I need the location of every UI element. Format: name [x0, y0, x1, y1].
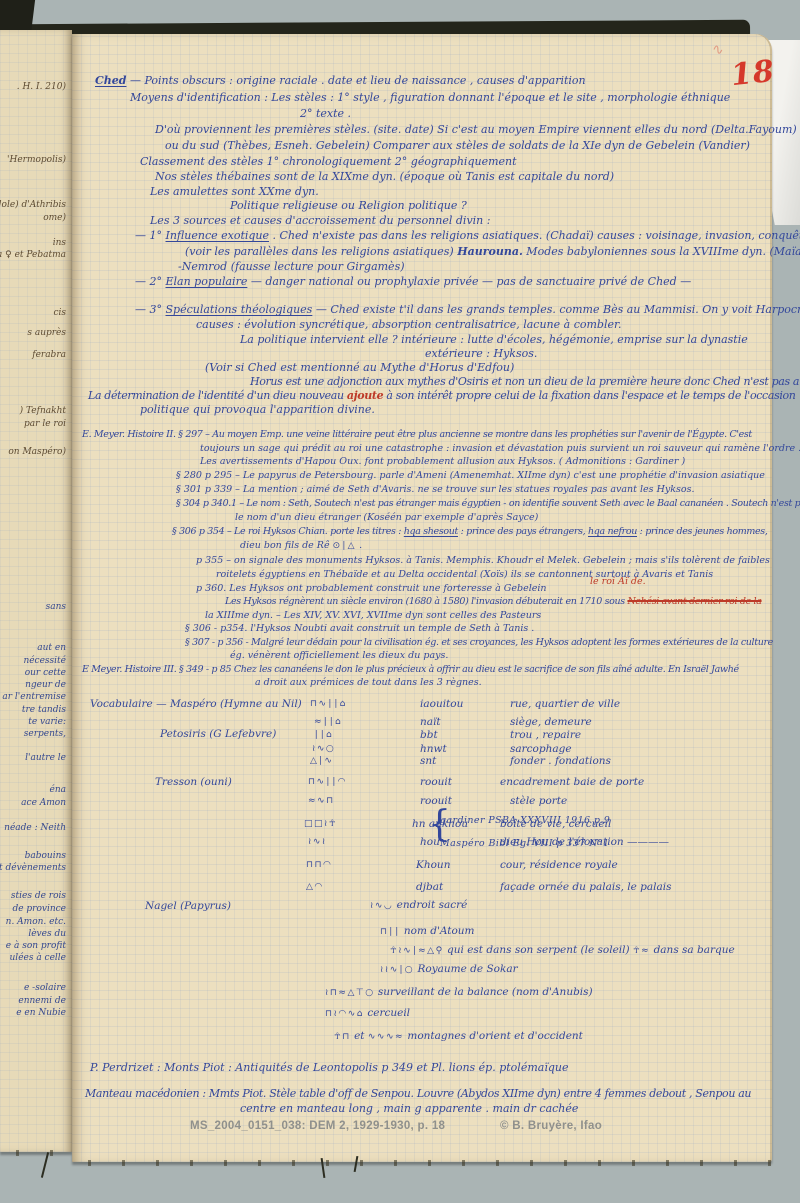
manuscript-line: § 304 p 340.1 – Le nom : Seth, Soutech n… [176, 498, 800, 509]
margin-note: aut en [37, 643, 66, 653]
manuscript-line: La détermination de l'identité d'un dieu… [88, 389, 796, 402]
manuscript-line: D'où proviennent les premières stèles. (… [155, 123, 797, 136]
margin-note: babouins [25, 851, 66, 861]
manuscript-line: rue, quartier de ville [510, 698, 620, 710]
reference-brace: { [428, 807, 451, 843]
manuscript-line: E Meyer. Histoire III. § 349 - p 85 Chez… [82, 664, 739, 675]
margin-note: e -solaire [24, 983, 66, 993]
hieroglyph-glyphs: ⊓⊓◠ [306, 860, 332, 870]
hieroglyph-glyphs: △◠ [306, 882, 324, 892]
manuscript-line: ☥≀∿∣≈△⚲ qui est dans son serpent (le sol… [390, 944, 735, 956]
manuscript-line: ≀∿≀ [308, 835, 327, 847]
margin-note: lèves du [28, 929, 66, 939]
hieroglyph-glyphs: ≈∣∣⌂ [314, 717, 342, 727]
manuscript-line: Nos stèles thébaines sont de la XIXme dy… [155, 170, 614, 183]
manuscript-line: snt [420, 755, 436, 767]
manuscript-line: bbt [420, 729, 438, 741]
margin-note: s auprès [27, 328, 66, 338]
hieroglyph-glyphs: ⊓∿∣∣◠ [308, 777, 347, 787]
manuscript-line: toujours un sage qui prédit au roi une c… [200, 443, 800, 454]
manuscript-line: causes : évolution syncrétique, absorpti… [196, 318, 622, 331]
manuscript-line: La politique intervient elle ? intérieur… [240, 333, 748, 346]
notebook-page: ∿ 18 Ched — Points obscurs : origine rac… [72, 34, 772, 1162]
manuscript-line: ⊓∿∣∣⌂ [310, 697, 347, 709]
manuscript-line: Les amulettes sont XXme dyn. [150, 185, 319, 198]
manuscript-line: dieu bon fils de Rê ⊙∣△ . [240, 540, 362, 551]
margin-note: e à son profit [6, 941, 66, 951]
margin-note: e en Nubie [16, 1008, 66, 1018]
manuscript-line: Manteau macédonien : Mmts Piot. Stèle ta… [85, 1087, 751, 1100]
hieroglyph-glyphs: ⊙∣△ [333, 541, 356, 551]
hieroglyph-glyphs: ⊓≀◠∿⌂ [325, 1009, 364, 1019]
margin-note: ennemi de [18, 996, 66, 1006]
reference-note: gardiner PSBA XXXVIII 1916 p.9 [440, 815, 610, 826]
manuscript-line: Les Hyksos régnèrent un siècle environ (… [225, 596, 762, 607]
manuscript-line: § 306 - p354. l'Hyksos Noubti avait cons… [185, 623, 534, 634]
manuscript-line: (Voir si Ched est mentionné au Mythe d'H… [205, 361, 514, 374]
hieroglyph-glyphs: ∿∿∿≈ [368, 1032, 404, 1042]
manuscript-line: △∣∿ [310, 754, 333, 766]
manuscript-line: △◠ [306, 880, 324, 892]
manuscript-line: ☥⊓ et ∿∿∿≈ montagnes d'orient et d'occid… [334, 1030, 583, 1042]
manuscript-line: siège, demeure [510, 716, 592, 728]
manuscript-line: p 355 – on signale des monuments Hyksos.… [196, 555, 770, 566]
margin-note: . H. I. 210) [17, 82, 66, 92]
margin-note: on Maspéro) [8, 447, 66, 457]
hieroglyph-glyphs: ≀≀∿∣○ [380, 965, 414, 975]
manuscript-line: Classement des stèles 1° chronologiqueme… [140, 155, 517, 168]
margin-note: sties de rois [11, 891, 66, 901]
manuscript-scan: . H. I. 210)'Hermopolis)idole) d'Athribi… [0, 0, 800, 1203]
margin-note: ngeur de [25, 680, 66, 690]
margin-note: néade : Neith [4, 823, 66, 833]
manuscript-line: ⊓∣∣ nom d'Atoum [380, 925, 475, 937]
manuscript-line: iaouitou [420, 698, 463, 710]
manuscript-line: 2° texte . [300, 107, 351, 120]
manuscript-line: — 2° Elan populaire — danger national ou… [135, 275, 691, 288]
manuscript-line: § 307 - p 356 - Malgré leur dédain pour … [185, 637, 773, 648]
manuscript-line: djbat [416, 881, 443, 893]
manuscript-line: Vocabulaire — Maspéro (Hymne au Nil) [90, 698, 302, 710]
margin-note: cis [53, 308, 66, 318]
manuscript-line: cour, résidence royale [500, 859, 618, 871]
margin-note: a ♀ et Pebatma [0, 250, 66, 260]
margin-note: éna [50, 785, 67, 795]
margin-note: serpents, [24, 729, 66, 739]
hieroglyph-glyphs: □□≀☥ [304, 819, 337, 829]
margin-note: ferabra [32, 350, 66, 360]
manuscript-line: centre en manteau long , main g apparent… [240, 1102, 578, 1115]
manuscript-line: ∣∣⌂ [314, 728, 333, 740]
hieroglyph-glyphs: ∣∣⌂ [314, 730, 333, 740]
manuscript-line: stèle porte [510, 795, 567, 807]
hieroglyph-glyphs: ☥≀∿∣≈△⚲ [390, 946, 444, 956]
margin-note: nécessité [23, 656, 66, 666]
red-pencil-smudge: ∿ [710, 41, 725, 59]
margin-note: 'Hermopolis) [7, 155, 66, 165]
margin-note: our cette [25, 668, 66, 678]
hieroglyph-glyphs: ≈∿⊓ [308, 796, 335, 806]
hieroglyph-glyphs: △∣∿ [310, 756, 333, 766]
manuscript-line: ≀≀∿∣○ Royaume de Sokar [380, 963, 518, 975]
manuscript-line: Tresson (ouni) [155, 776, 232, 788]
manuscript-line: — 1° Influence exotique . Ched n'existe … [135, 229, 800, 242]
manuscript-line: façade ornée du palais, le palais [500, 881, 672, 893]
manuscript-line: le nom d'un dieu étranger (Koséén par ex… [235, 512, 538, 523]
manuscript-line: ≈∿⊓ [308, 794, 335, 806]
manuscript-line: -Nemrod (fausse lecture pour Girgamès) [178, 260, 405, 273]
manuscript-line: naït [420, 716, 441, 728]
manuscript-line: P. Perdrizet : Monts Piot : Antiquités d… [90, 1061, 568, 1074]
red-interline-note: le roi Aï de. [590, 576, 646, 587]
manuscript-line: (voir les parallèles dans les religions … [185, 245, 800, 258]
manuscript-line: ≀⊓≈△⊤○ surveillant de la balance (nom d'… [325, 986, 593, 998]
page-number: 18 [729, 54, 776, 93]
binding-thread [41, 1152, 49, 1178]
margin-note: tre tandis [22, 705, 66, 715]
footer-copyright: © B. Bruyère, Ifao [500, 1120, 602, 1132]
margin-note: de province [12, 904, 66, 914]
manuscript-line: ≈∣∣⌂ [314, 715, 342, 727]
manuscript-line: Les avertissements d'Hapou Oux. font pro… [200, 456, 685, 467]
hieroglyph-glyphs: ≀∿○ [312, 744, 335, 754]
margin-note: ulées à celle [10, 953, 66, 963]
manuscript-line: politique qui provoqua l'apparition divi… [140, 403, 375, 416]
manuscript-line: Petosiris (G Lefebvre) [160, 728, 276, 740]
manuscript-line: Khoun [416, 859, 450, 871]
manuscript-line: p 360. Les Hyksos ont probablement const… [196, 583, 547, 594]
manuscript-line: Ched — Points obscurs : origine raciale … [95, 74, 586, 87]
margin-note: ome) [43, 213, 66, 223]
hieroglyph-glyphs: ⊓∿∣∣⌂ [310, 699, 347, 709]
margin-note: ) Tefnakht [20, 406, 66, 416]
manuscript-line: § 280 p 295 – Le papyrus de Petersbourg.… [176, 470, 765, 481]
margin-note: sans [46, 602, 66, 612]
hieroglyph-glyphs: ☥≈ [633, 946, 650, 956]
margin-note: ins [53, 238, 66, 248]
hieroglyph-glyphs: ☥⊓ [334, 1032, 351, 1042]
footer-reference: MS_2004_0151_038: DEM 2, 1929-1930, p. 1… [190, 1120, 445, 1132]
manuscript-line: □□≀☥ [304, 817, 337, 829]
manuscript-line: E. Meyer. Histoire II. § 297 – Au moyen … [82, 429, 752, 440]
manuscript-line: roouit [420, 776, 452, 788]
margin-note: idole) d'Athribis [0, 200, 66, 210]
manuscript-line: hnwt [420, 743, 447, 755]
manuscript-line: sarcophage [510, 743, 572, 755]
manuscript-line: extérieure : Hyksos. [425, 347, 537, 360]
margin-note: n. Amon. etc. [6, 917, 66, 927]
hieroglyph-glyphs: ⊓∣∣ [380, 927, 401, 937]
manuscript-line: Nagel (Papyrus) [145, 900, 231, 912]
margin-note: ar l'entremise [2, 692, 66, 702]
manuscript-line: trou , repaire [510, 729, 581, 741]
margin-note: et dévènements [0, 863, 66, 873]
manuscript-line: ≀∿○ [312, 742, 335, 754]
hieroglyph-glyphs: ≀∿◡ [370, 901, 393, 911]
manuscript-line: ég. vénèrent officiellement les dieux du… [230, 650, 448, 661]
manuscript-line: Moyens d'identification : Les stèles : 1… [130, 91, 730, 104]
manuscript-line: dieu Hou de l'élocution ———— [500, 836, 669, 848]
manuscript-line: ou du sud (Thèbes, Esneh. Gebelein) Comp… [165, 139, 750, 152]
margin-note: ace Amon [21, 798, 66, 808]
margin-note: par le roi [24, 419, 66, 429]
margin-note: l'autre le [25, 753, 66, 763]
manuscript-line: encadrement baie de porte [500, 776, 644, 788]
hieroglyph-glyphs: ≀⊓≈△⊤○ [325, 988, 375, 998]
manuscript-line: a droit aux prémices de tout dans les 3 … [255, 677, 482, 688]
manuscript-line: la XIIIme dyn. – Les XIV, XV. XVI, XVIIm… [205, 610, 541, 621]
previous-page-margin-strip: . H. I. 210)'Hermopolis)idole) d'Athribi… [0, 30, 72, 1152]
manuscript-line: ⊓⊓◠ [306, 858, 332, 870]
manuscript-line: ⊓≀◠∿⌂ cercueil [325, 1007, 410, 1019]
manuscript-line: Horus est une adjonction aux mythes d'Os… [250, 375, 800, 388]
hieroglyph-glyphs: ≀∿≀ [308, 837, 327, 847]
manuscript-line: ⊓∿∣∣◠ [308, 775, 347, 787]
manuscript-line: § 306 p 354 – Le roi Hyksos Chian. porte… [172, 526, 768, 537]
margin-note: te varie: [28, 717, 66, 727]
manuscript-line: Les 3 sources et causes d'accroissement … [150, 214, 490, 227]
manuscript-line: — 3° Spéculations théologiques — Ched ex… [135, 303, 800, 316]
manuscript-line: fonder . fondations [510, 755, 611, 767]
manuscript-line: § 301 p 339 – La mention ; aimé de Seth … [176, 484, 694, 495]
manuscript-line: ≀∿◡ endroit sacré [370, 899, 467, 911]
manuscript-line: Politique religieuse ou Religion politiq… [230, 199, 467, 212]
